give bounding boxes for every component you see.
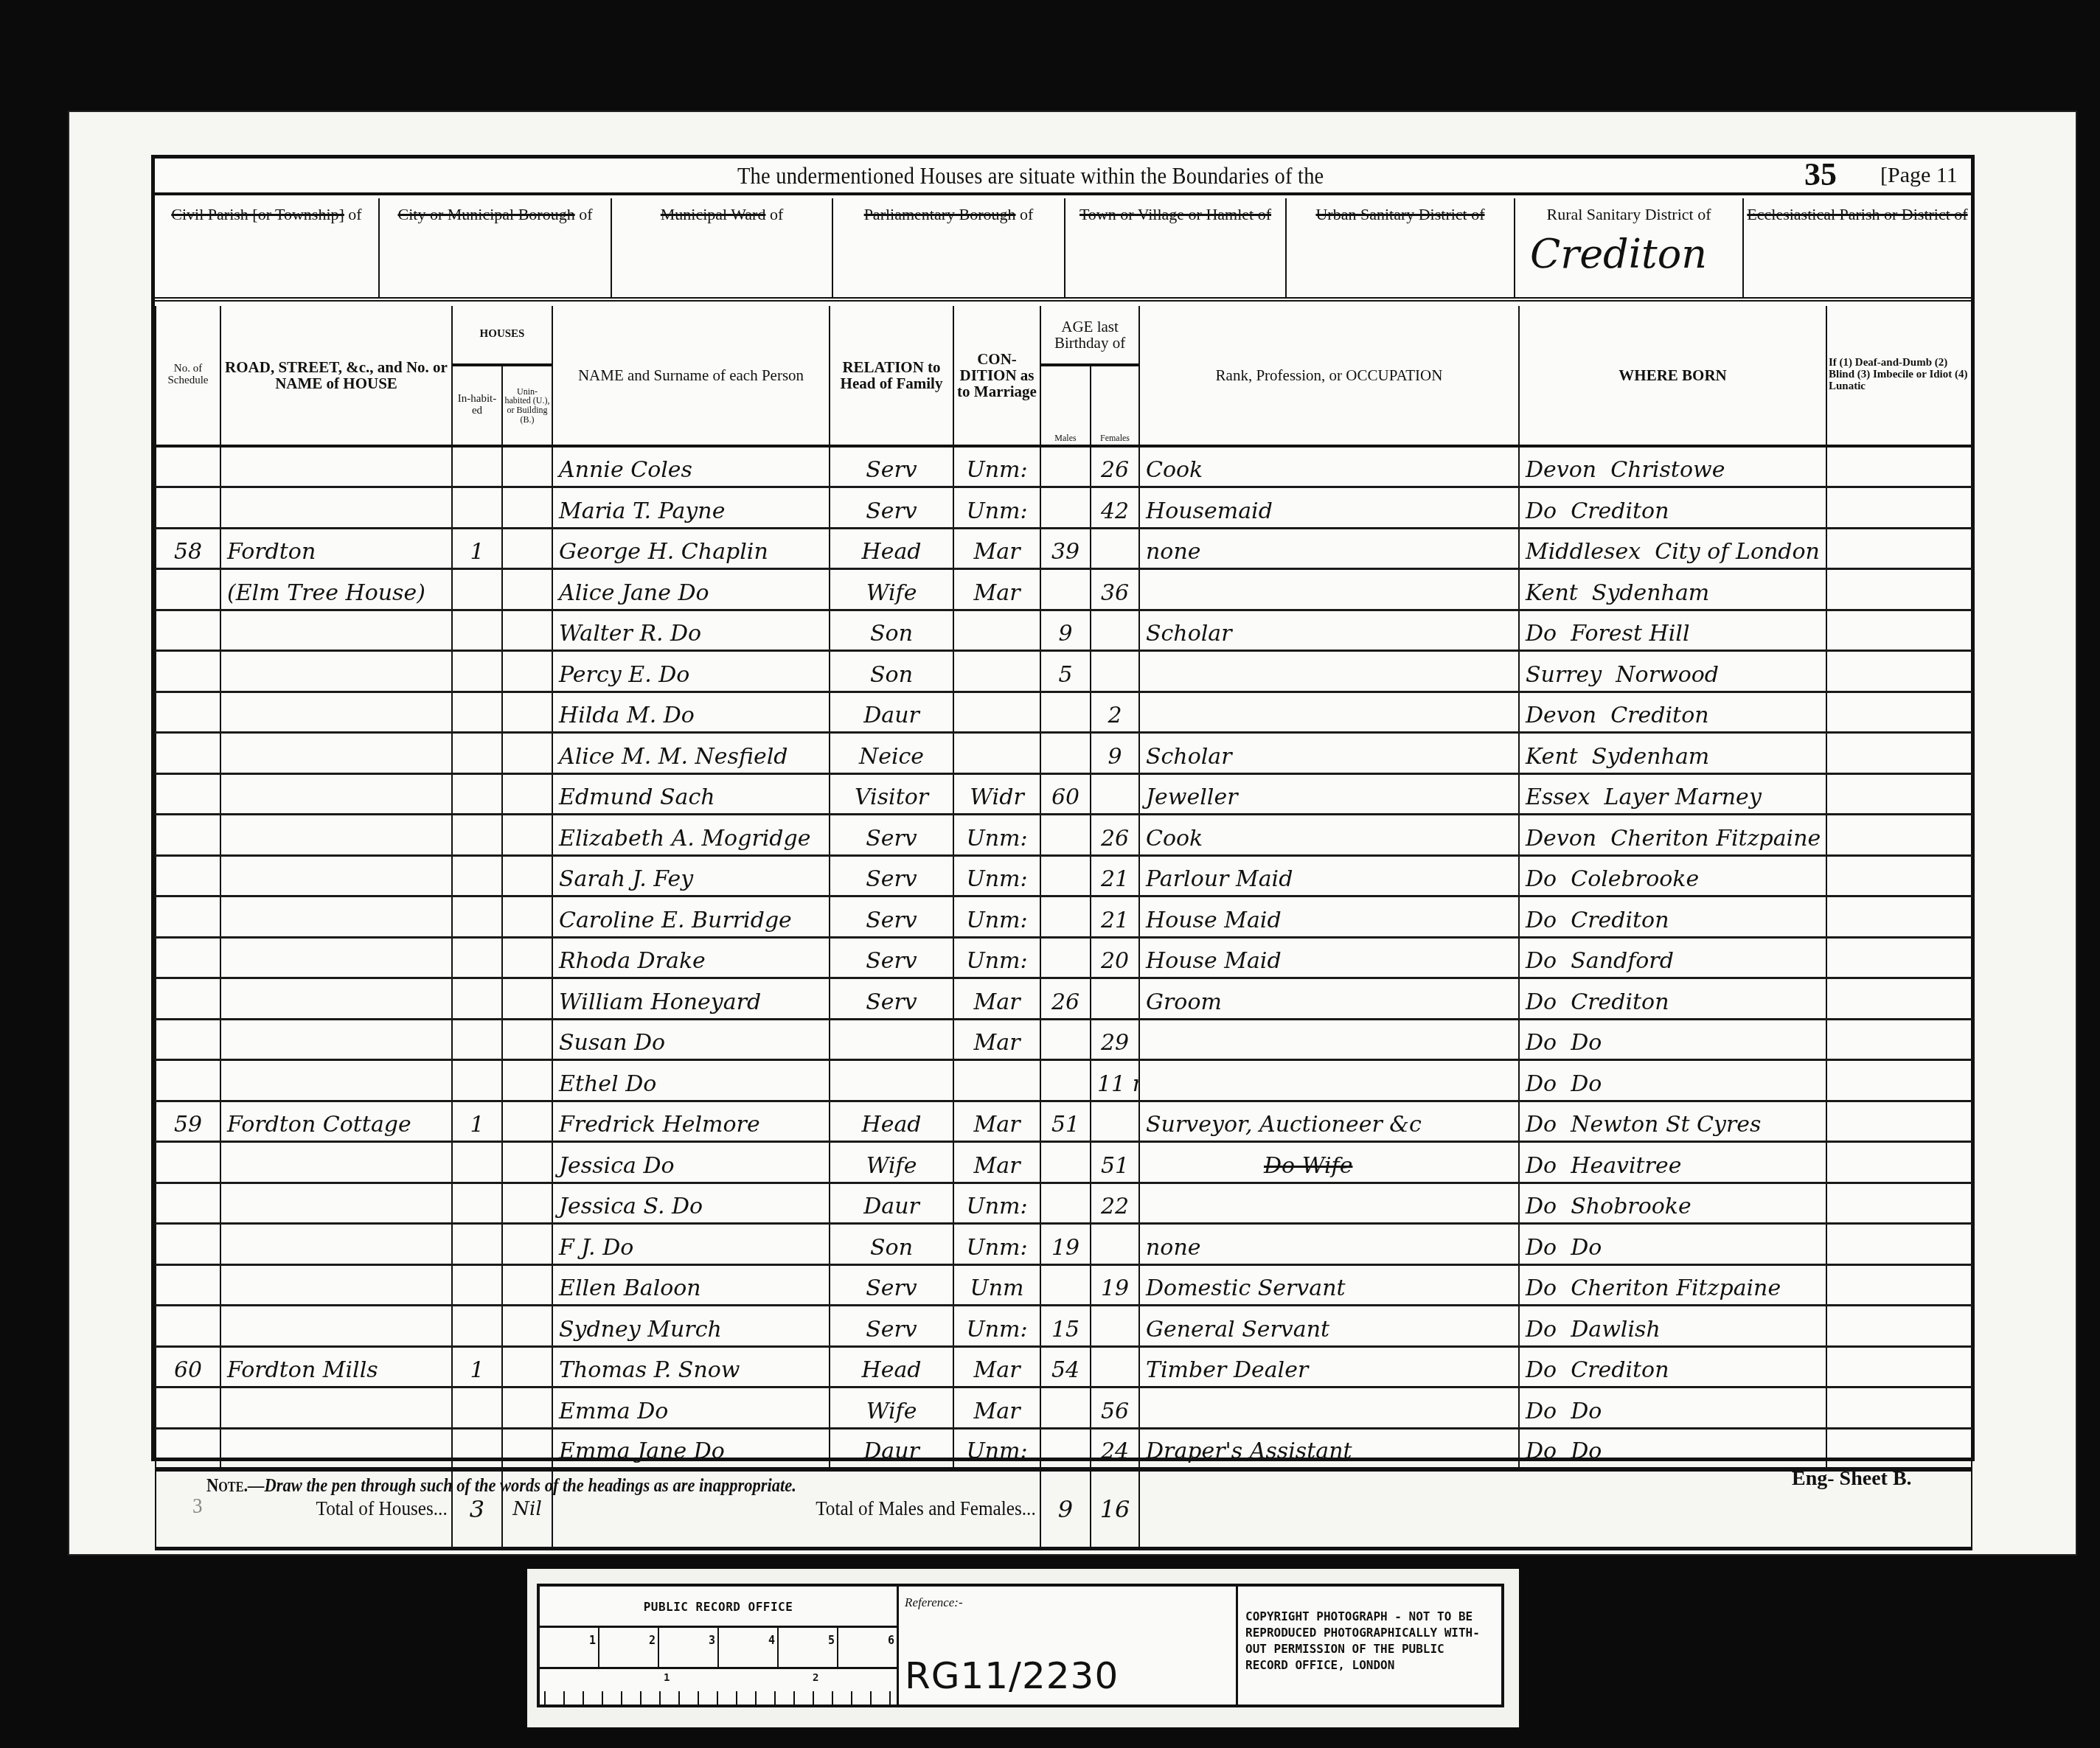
page-number: [Page 11 [1880,163,1958,188]
uninhabited-count [502,815,552,856]
infirmity [1826,896,1972,938]
inch-ruler: 1 2 [540,1669,897,1706]
house-name [220,733,452,774]
female-age [1091,773,1139,815]
person-name: Emma Do [552,1387,830,1429]
inhabited-count [452,937,502,978]
uninhabited-count [502,855,552,896]
inhabited-count [452,610,502,651]
house-name [220,937,452,978]
house-name [220,1306,452,1347]
birthplace: Do Do [1519,1060,1826,1101]
relation [830,1060,953,1101]
person-name: Ethel Do [552,1060,830,1101]
marital-condition: Mar [953,528,1040,569]
male-age: 9 [1040,610,1091,651]
schedule-number: 58 [156,528,220,569]
inhabited-count [452,446,502,487]
person-name: George H. Chaplin [552,528,830,569]
person-name: Susan Do [552,1019,830,1060]
marital-condition [953,733,1040,774]
uninhabited-count [502,1224,552,1265]
uninhabited-count [502,1346,552,1387]
house-name: Fordton Mills [220,1346,452,1387]
occupation [1139,569,1519,610]
female-age [1091,1224,1139,1265]
marital-condition: Mar [953,1142,1040,1183]
female-age [1091,610,1139,651]
census-row: Hilda M. Do Daur 2 Devon Crediton [156,692,1972,733]
occupation [1139,1019,1519,1060]
male-age [1040,692,1091,733]
occupation: House Maid [1139,937,1519,978]
census-row: Maria T. Payne Serv Unm: 42 Housemaid Do… [156,487,1972,529]
uninhabited-count [502,1060,552,1101]
schedule-number [156,896,220,938]
schedule-number: 60 [156,1346,220,1387]
inhabited-count [452,1060,502,1101]
birthplace: Kent Sydenham [1519,733,1826,774]
col-road: ROAD, STREET, &c., and No. or NAME of HO… [220,306,452,446]
schedule-number [156,1224,220,1265]
house-name: (Elm Tree House) [220,569,452,610]
scale-numbers: 1 2 3 4 5 6 [540,1628,897,1669]
relation: Serv [830,1306,953,1347]
person-name: Annie Coles [552,446,830,487]
female-age: 11 mo [1091,1060,1139,1101]
schedule-number [156,1142,220,1183]
uninhabited-count [502,733,552,774]
birthplace: Devon Crediton [1519,692,1826,733]
house-name [220,815,452,856]
col-uninhabited: Unin-habited (U.), or Building (B.) [502,365,552,446]
infirmity [1826,610,1972,651]
person-name: Hilda M. Do [552,692,830,733]
birthplace: Devon Christowe [1519,446,1826,487]
relation [830,1019,953,1060]
house-name: Fordton [220,528,452,569]
birthplace: Surrey Norwood [1519,651,1826,692]
inhabited-count [452,692,502,733]
schedule-number [156,692,220,733]
schedule-number [156,1387,220,1429]
col-schedule: No. of Schedule [156,306,220,446]
schedule-number [156,446,220,487]
col-condition: CON-DITION as to Marriage [953,306,1040,446]
boundary-rural-sanitary: Rural Sanitary District of Crediton [1515,198,1744,297]
females-total: 16 [1091,1469,1139,1549]
boundaries-band: Civil Parish [or Township] of City or Mu… [155,198,1971,302]
infirmity [1826,528,1972,569]
relation: Daur [830,1428,953,1469]
schedule-number [156,1428,220,1469]
female-age [1091,651,1139,692]
female-age [1091,1101,1139,1142]
house-name [220,692,452,733]
schedule-number [156,855,220,896]
relation: Daur [830,692,953,733]
birthplace: Do Crediton [1519,487,1826,529]
infirmity [1826,733,1972,774]
house-name [220,1428,452,1469]
person-name: Rhoda Drake [552,937,830,978]
marital-condition: Mar [953,1101,1040,1142]
person-name: Jessica Do [552,1142,830,1183]
birthplace: Do Crediton [1519,978,1826,1020]
female-age: 19 [1091,1264,1139,1306]
schedule-number [156,569,220,610]
relation: Serv [830,487,953,529]
uninhabited-count [502,487,552,529]
boundary-town-village: Town or Village or Hamlet of [1065,198,1287,297]
person-name: Elizabeth A. Mogridge [552,815,830,856]
male-age [1040,569,1091,610]
census-row: Annie Coles Serv Unm: 26 Cook Devon Chri… [156,446,1972,487]
census-row: Jessica S. Do Daur Unm: 22 Do Shobrooke [156,1183,1972,1224]
census-row: Sarah J. Fey Serv Unm: 21 Parlour Maid D… [156,855,1972,896]
marital-condition: Mar [953,569,1040,610]
house-name [220,651,452,692]
house-name [220,1060,452,1101]
col-females: Females [1091,365,1139,446]
person-name: Thomas P. Snow [552,1346,830,1387]
inhabited-count [452,651,502,692]
house-name [220,1224,452,1265]
marital-condition: Unm: [953,896,1040,938]
census-row: F J. Do Son Unm: 19 none Do Do [156,1224,1972,1265]
schedule-number [156,733,220,774]
infirmity [1826,1019,1972,1060]
female-age: 51 [1091,1142,1139,1183]
marital-condition: Unm: [953,855,1040,896]
male-age [1040,446,1091,487]
uninhabited-count [502,937,552,978]
female-age: 42 [1091,487,1139,529]
occupation: Housemaid [1139,487,1519,529]
census-row: 58 Fordton 1 George H. Chaplin Head Mar … [156,528,1972,569]
inhabited-count [452,773,502,815]
schedule-number [156,937,220,978]
uninhabited-count [502,1142,552,1183]
house-name [220,896,452,938]
marital-condition [953,651,1040,692]
male-age: 5 [1040,651,1091,692]
census-row: Alice M. M. Nesfield Neice 9 Scholar Ken… [156,733,1972,774]
male-age [1040,937,1091,978]
male-age [1040,896,1091,938]
male-age: 19 [1040,1224,1091,1265]
census-row: Elizabeth A. Mogridge Serv Unm: 26 Cook … [156,815,1972,856]
census-form: The undermentioned Houses are situate wi… [151,155,1975,1461]
male-age: 60 [1040,773,1091,815]
col-infirmity: If (1) Deaf-and-Dumb (2) Blind (3) Imbec… [1826,306,1972,446]
female-age: 2 [1091,692,1139,733]
female-age: 9 [1091,733,1139,774]
schedule-number: 59 [156,1101,220,1142]
uninhabited-count [502,1183,552,1224]
house-name [220,446,452,487]
occupation: Timber Dealer [1139,1346,1519,1387]
infirmity [1826,487,1972,529]
inhabited-count [452,896,502,938]
relation: Serv [830,937,953,978]
census-row: Ethel Do 11 mo Do Do [156,1060,1972,1101]
uninhabited-count [502,1019,552,1060]
person-name: F J. Do [552,1224,830,1265]
occupation: Scholar [1139,610,1519,651]
person-name: Alice M. M. Nesfield [552,733,830,774]
birthplace: Do Do [1519,1428,1826,1469]
census-row: Walter R. Do Son 9 Scholar Do Forest Hil… [156,610,1972,651]
census-row: Jessica Do Wife Mar 51 Do Wife Do Heavit… [156,1142,1972,1183]
male-age [1040,487,1091,529]
col-name: NAME and Surname of each Person [552,306,830,446]
house-name [220,978,452,1020]
marital-condition: Mar [953,1019,1040,1060]
pencil-mark: 3 [192,1494,203,1519]
uninhabited-count [502,569,552,610]
occupation [1139,1060,1519,1101]
relation: Head [830,1346,953,1387]
schedule-number [156,815,220,856]
uninhabited-count [502,1264,552,1306]
schedule-number [156,773,220,815]
boundary-municipal-ward: Municipal Ward of [612,198,833,297]
birthplace: Do Do [1519,1387,1826,1429]
relation: Daur [830,1183,953,1224]
male-age: 15 [1040,1306,1091,1347]
table-body: Annie Coles Serv Unm: 26 Cook Devon Chri… [156,446,1972,1469]
birthplace: Do Newton St Cyres [1519,1101,1826,1142]
uninhabited-count [502,1387,552,1429]
male-age [1040,855,1091,896]
inhabited-count [452,1306,502,1347]
uninhabited-count [502,1428,552,1469]
pro-block: PUBLIC RECORD OFFICE 1 2 3 4 5 6 1 2 [540,1587,899,1705]
female-age: 21 [1091,896,1139,938]
schedule-number [156,978,220,1020]
census-row: Percy E. Do Son 5 Surrey Norwood [156,651,1972,692]
birthplace: Do Shobrooke [1519,1183,1826,1224]
copyright-notice: COPYRIGHT PHOTOGRAPH - NOT TO BE REPRODU… [1238,1587,1501,1705]
female-age [1091,978,1139,1020]
birthplace: Do Heavitree [1519,1142,1826,1183]
occupation: General Servant [1139,1306,1519,1347]
person-name: Emma Jane Do [552,1428,830,1469]
house-name: Fordton Cottage [220,1101,452,1142]
sheet-mark: Eng- Sheet B. [1792,1467,1912,1491]
female-age: 36 [1091,569,1139,610]
uninhabited-count [502,1101,552,1142]
census-row: William Honeyard Serv Mar 26 Groom Do Cr… [156,978,1972,1020]
census-row: Rhoda Drake Serv Unm: 20 House Maid Do S… [156,937,1972,978]
occupation: Parlour Maid [1139,855,1519,896]
female-age: 20 [1091,937,1139,978]
inhabited-count [452,1142,502,1183]
birthplace: Do Crediton [1519,896,1826,938]
infirmity [1826,978,1972,1020]
census-table: No. of Schedule ROAD, STREET, &c., and N… [155,306,1972,1550]
birthplace: Do Crediton [1519,1346,1826,1387]
relation: Son [830,1224,953,1265]
col-inhabited: In-habit-ed [452,365,502,446]
occupation [1139,1183,1519,1224]
inhabited-count [452,1264,502,1306]
house-name [220,855,452,896]
male-age [1040,1019,1091,1060]
male-age [1040,1387,1091,1429]
occupation: House Maid [1139,896,1519,938]
person-name: Maria T. Payne [552,487,830,529]
schedule-number [156,487,220,529]
occupation [1139,1387,1519,1429]
occupation [1139,692,1519,733]
male-age: 26 [1040,978,1091,1020]
boundary-ecclesiastical-parish: Ecclesiastical Parish or District of [1744,198,1971,297]
birthplace: Do Dawlish [1519,1306,1826,1347]
person-name: Alice Jane Do [552,569,830,610]
infirmity [1826,1142,1972,1183]
census-row: 60 Fordton Mills 1 Thomas P. Snow Head M… [156,1346,1972,1387]
marital-condition: Unm: [953,937,1040,978]
person-name: Percy E. Do [552,651,830,692]
relation: Wife [830,1142,953,1183]
census-row: Edmund Sach Visitor Widr 60 Jeweller Ess… [156,773,1972,815]
house-name [220,1387,452,1429]
infirmity [1826,1101,1972,1142]
female-age: 26 [1091,815,1139,856]
reference-slip: PUBLIC RECORD OFFICE 1 2 3 4 5 6 1 2 Ref… [527,1569,1519,1727]
inhabited-count [452,1183,502,1224]
inhabited-count [452,978,502,1020]
person-name: Sarah J. Fey [552,855,830,896]
inhabited-count: 1 [452,528,502,569]
female-age: 56 [1091,1387,1139,1429]
occupation: Domestic Servant [1139,1264,1519,1306]
schedule-number [156,1019,220,1060]
inhabited-count [452,1387,502,1429]
form-headline: The undermentioned Houses are situate wi… [737,163,1324,189]
female-age: 21 [1091,855,1139,896]
uninhabited-count [502,978,552,1020]
male-age: 39 [1040,528,1091,569]
marital-condition: Mar [953,1387,1040,1429]
marital-condition: Unm: [953,487,1040,529]
form-note: Note.—Draw the pen through such of the w… [206,1476,796,1497]
col-males: Males [1040,365,1091,446]
infirmity [1826,569,1972,610]
marital-condition: Unm: [953,1224,1040,1265]
occupation: none [1139,1224,1519,1265]
inhabited-count: 1 [452,1101,502,1142]
schedule-number [156,651,220,692]
census-row: Caroline E. Burridge Serv Unm: 21 House … [156,896,1972,938]
relation: Serv [830,1264,953,1306]
birthplace: Do Sandford [1519,937,1826,978]
birthplace: Devon Cheriton Fitzpaine [1519,815,1826,856]
birthplace: Kent Sydenham [1519,569,1826,610]
marital-condition: Unm [953,1264,1040,1306]
person-name: Fredrick Helmore [552,1101,830,1142]
marital-condition: Unm: [953,1428,1040,1469]
occupation: Draper's Assistant [1139,1428,1519,1469]
house-name [220,610,452,651]
relation: Son [830,610,953,651]
uninhabited-count [502,896,552,938]
relation: Wife [830,1387,953,1429]
inhabited-count [452,815,502,856]
infirmity [1826,815,1972,856]
male-age [1040,1060,1091,1101]
col-occupation: Rank, Profession, or OCCUPATION [1139,306,1519,446]
infirmity [1826,1264,1972,1306]
uninhabited-count [502,651,552,692]
uninhabited-count [502,1306,552,1347]
uninhabited-count [502,528,552,569]
house-name [220,1019,452,1060]
relation: Son [830,651,953,692]
infirmity [1826,1183,1972,1224]
occupation: none [1139,528,1519,569]
reference-label: Reference:- [905,1595,963,1610]
birthplace: Do Do [1519,1224,1826,1265]
schedule-number [156,1306,220,1347]
female-age: 26 [1091,446,1139,487]
birthplace: Do Cheriton Fitzpaine [1519,1264,1826,1306]
census-row: Sydney Murch Serv Unm: 15 General Servan… [156,1306,1972,1347]
rural-sanitary-district-value: Crediton [1530,234,1707,276]
relation: Serv [830,978,953,1020]
marital-condition [953,1060,1040,1101]
male-age: 51 [1040,1101,1091,1142]
census-row: 59 Fordton Cottage 1 Fredrick Helmore He… [156,1101,1972,1142]
reference-value: RG11/2230 [905,1654,1119,1697]
house-name [220,773,452,815]
census-row: (Elm Tree House) Alice Jane Do Wife Mar … [156,569,1972,610]
occupation: Scholar [1139,733,1519,774]
male-age [1040,1142,1091,1183]
relation: Visitor [830,773,953,815]
boundary-municipal-borough: City or Municipal Borough of [380,198,612,297]
marital-condition [953,610,1040,651]
male-age [1040,1428,1091,1469]
person-name: Jessica S. Do [552,1183,830,1224]
birthplace: Do Colebrooke [1519,855,1826,896]
col-relation: RELATION to Head of Family [830,306,953,446]
female-age: 24 [1091,1428,1139,1469]
reference-block: Reference:- RG11/2230 [899,1587,1238,1705]
col-houses: HOUSES [452,306,552,365]
infirmity [1826,692,1972,733]
boundary-parliamentary-borough: Parliamentary Borough of [833,198,1065,297]
infirmity [1826,773,1972,815]
census-row: Ellen Baloon Serv Unm 19 Domestic Servan… [156,1264,1972,1306]
occupation: Jeweller [1139,773,1519,815]
relation: Serv [830,896,953,938]
person-name: Sydney Murch [552,1306,830,1347]
male-age [1040,1264,1091,1306]
relation: Serv [830,855,953,896]
infirmity [1826,1306,1972,1347]
relation: Head [830,1101,953,1142]
census-row: Emma Jane Do Daur Unm: 24 Draper's Assis… [156,1428,1972,1469]
schedule-number [156,1183,220,1224]
infirmity [1826,1224,1972,1265]
infirmity [1826,446,1972,487]
relation: Neice [830,733,953,774]
infirmity [1826,1428,1972,1469]
schedule-number [156,1264,220,1306]
